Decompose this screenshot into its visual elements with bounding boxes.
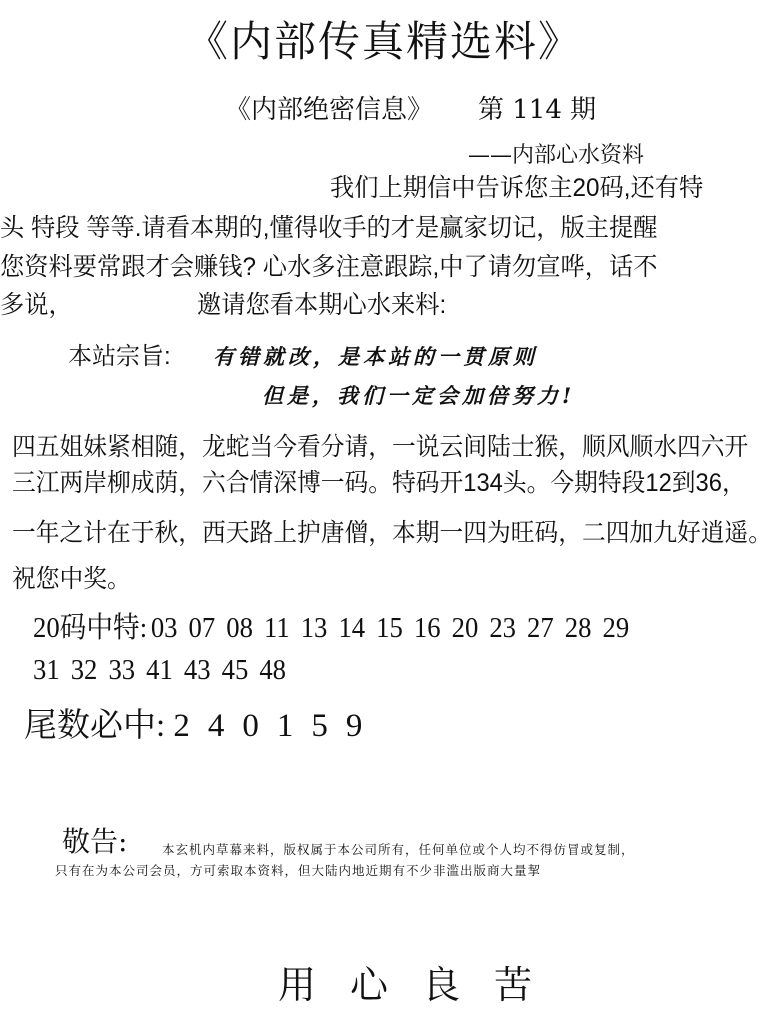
tail-label: 尾数必中: (24, 708, 165, 744)
verse-line-4: 祝您中奖。 (12, 562, 131, 596)
tail-digit: 5 (311, 704, 328, 748)
number-item: 29 (602, 610, 629, 646)
number-item: 08 (226, 610, 253, 646)
number-item: 45 (222, 652, 249, 688)
numbers-row-2: 31323341434548 (33, 652, 297, 688)
motto-line-1: 有错就改，是本站的一贯原则 (213, 341, 538, 373)
page-subtitle: 《内部绝密信息》 (225, 92, 433, 128)
verse-line-2: 三江两岸柳成荫，六合情深博一码。特码开134头。今期特段12到36， (12, 466, 746, 500)
number-item: 15 (376, 610, 403, 646)
number-item: 11 (264, 610, 290, 646)
numbers-label: 20码中特: (33, 610, 147, 646)
number-item: 43 (184, 652, 211, 688)
number-item: 03 (151, 610, 178, 646)
number-item: 48 (259, 652, 286, 688)
intro-line-4a: 多说， (0, 289, 73, 321)
intro-line-2: 头 特段 等等.请看本期的,懂得收手的才是赢家切记，版主提醒 (0, 212, 657, 244)
number-item: 41 (146, 652, 173, 688)
number-item: 20 (452, 610, 479, 646)
number-item: 16 (414, 610, 441, 646)
tail-digit: 1 (277, 704, 294, 748)
verse-line-1: 四五姐妹紧相随，龙蛇当今看分请，一说云间陆士猴，顺风顺水四六开 (12, 430, 748, 464)
tail-digit: 9 (346, 704, 363, 748)
verse-line-3: 一年之计在于秋，西天路上护唐僧，本期一四为旺码，二四加九好逍遥。 (12, 516, 768, 550)
number-item: 07 (189, 610, 216, 646)
motto-label: 本站宗旨: (68, 340, 171, 374)
motto-line-2: 但是，我们一定会加倍努力! (262, 380, 575, 412)
source-note: ——内部心水资料 (468, 140, 644, 172)
page-title: 《内部传真精选料》 (0, 14, 768, 70)
intro-line-3: 您资料要常跟才会赚钱? 心水多注意跟踪,中了请勿宣哗，话不 (0, 251, 657, 283)
number-item: 13 (301, 610, 328, 646)
number-item: 23 (489, 610, 516, 646)
number-item: 28 (565, 610, 592, 646)
notice-line-2: 只有在为本公司会员，方可索取本资料，但大陆内地近期有不少非滥出版商大量挈 (55, 861, 541, 881)
notice-line-1: 本玄机内草幕来料，版权属于本公司所有，任何单位或个人均不得仿冒或复制， (162, 840, 635, 860)
issue-number: 第 114 期 (478, 92, 596, 128)
intro-line-4b: 邀请您看本期心水来料: (197, 289, 446, 321)
closing-slogan: 用心良苦 (278, 960, 566, 1010)
tail-digits-row: 尾数必中: 240159 (24, 704, 380, 748)
tail-digit: 2 (173, 704, 190, 748)
number-item: 31 (33, 652, 60, 688)
tail-digit: 4 (208, 704, 225, 748)
number-item: 14 (338, 610, 365, 646)
tail-digit: 0 (242, 704, 259, 748)
numbers-row-1: 20码中特:03070811131415162023272829 (33, 610, 640, 646)
number-item: 32 (71, 652, 98, 688)
number-item: 27 (527, 610, 554, 646)
intro-line-1: 我们上期信中告诉您主20码,还有特 (330, 172, 703, 204)
number-item: 33 (108, 652, 135, 688)
notice-label: 敬告: (62, 824, 127, 860)
